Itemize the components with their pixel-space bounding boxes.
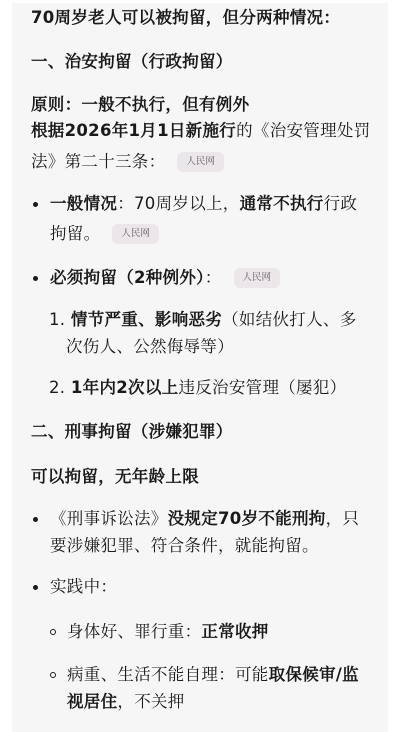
sub-bullet-icon [50,629,56,635]
source-badge[interactable]: 人民网 [177,152,224,172]
bullet-text: 拘留。 [50,224,100,243]
numbered-text: 违反治安管理（屡犯） [178,378,346,397]
bullet-icon [33,585,38,590]
bullet-text: ：70周岁以上， [117,194,239,213]
numbered-item-1-line2: 次伤人、公然侮辱等） [66,337,234,357]
sub-bullet-bold-text: 取保候审/监 [269,665,359,684]
bullet-text: ： [205,268,222,287]
sub-bullet-text: ，不关押 [117,692,184,711]
section2-heading: 二、刑事拘留（涉嫌犯罪） [31,422,233,442]
section1-basis-line2: 法》第二十三条：人民网 [31,152,224,173]
source-badge[interactable]: 人民网 [112,224,159,244]
source-badge[interactable]: 人民网 [234,268,281,288]
intro-text: 70周岁老人可以被拘留，但分两种情况： [31,8,340,28]
bullet-general-line1: 一般情况：70周岁以上，通常不执行行政 [50,194,357,214]
section1-principle: 原则：一般不执行，但有例外 [31,95,249,115]
bullet-icon [33,276,38,281]
bullet-criminal-law-line1: 《刑事诉讼法》没规定70岁不能刑拘，只 [50,509,359,529]
sub-bullet-bold-text: 正常收押 [201,622,268,641]
basis-bold: 根据2026年1月1日新施行 [31,121,236,140]
bullet-must-detain: 必须拘留（2种例外）：人民网 [50,268,280,289]
bullet-label: 一般情况 [50,194,117,213]
numbered-bold-text: 1年内2次以上 [71,378,179,397]
section2-principle: 可以拘留，无年龄上限 [31,467,199,487]
sub-bullet-bold-text: 视居住 [67,692,117,711]
basis-rest: 的《治安管理处罚 [236,121,370,140]
bullet-bold-text: 没规定70岁不能刑拘 [168,509,326,528]
bullet-label: 必须拘留（2种例外） [50,268,205,287]
numbered-text: （如结伙打人、多 [222,310,356,329]
list-number: 2. [49,378,65,397]
bullet-icon [33,202,38,207]
numbered-item-1-line1: 1. 情节严重、影响恶劣（如结伙打人、多 [49,310,357,330]
section1-heading: 一、治安拘留（行政拘留） [31,52,233,72]
bullet-criminal-law-line2: 要涉嫌犯罪、符合条件，就能拘留。 [50,536,319,556]
bullet-text: ，只 [326,509,360,528]
bullet-text: 行政 [324,194,358,213]
sub-bullet-1: 身体好、罪行重：正常收押 [67,622,269,642]
sub-bullet-text: 身体好、罪行重： [67,622,201,641]
sub-bullet-2-line2: 视居住，不关押 [67,692,185,712]
bullet-text: 《刑事诉讼法》 [50,509,168,528]
list-number: 1. [49,310,65,329]
basis-line2-text: 法》第二十三条： [31,152,165,171]
section1-basis-line1: 根据2026年1月1日新施行的《治安管理处罚 [31,121,371,141]
bullet-general-line2: 拘留。人民网 [50,224,159,245]
bullet-practice: 实践中： [50,577,117,597]
sub-bullet-2-line1: 病重、生活不能自理：可能取保候审/监 [67,665,359,685]
watermark [180,357,183,367]
numbered-item-2: 2. 1年内2次以上违反治安管理（屡犯） [49,378,346,398]
sub-bullet-text: 病重、生活不能自理：可能 [67,665,269,684]
bullet-bold-text: 通常不执行 [240,194,324,213]
sub-bullet-icon [50,672,56,678]
bullet-icon [33,517,38,522]
numbered-bold-text: 情节严重、影响恶劣 [71,310,222,329]
